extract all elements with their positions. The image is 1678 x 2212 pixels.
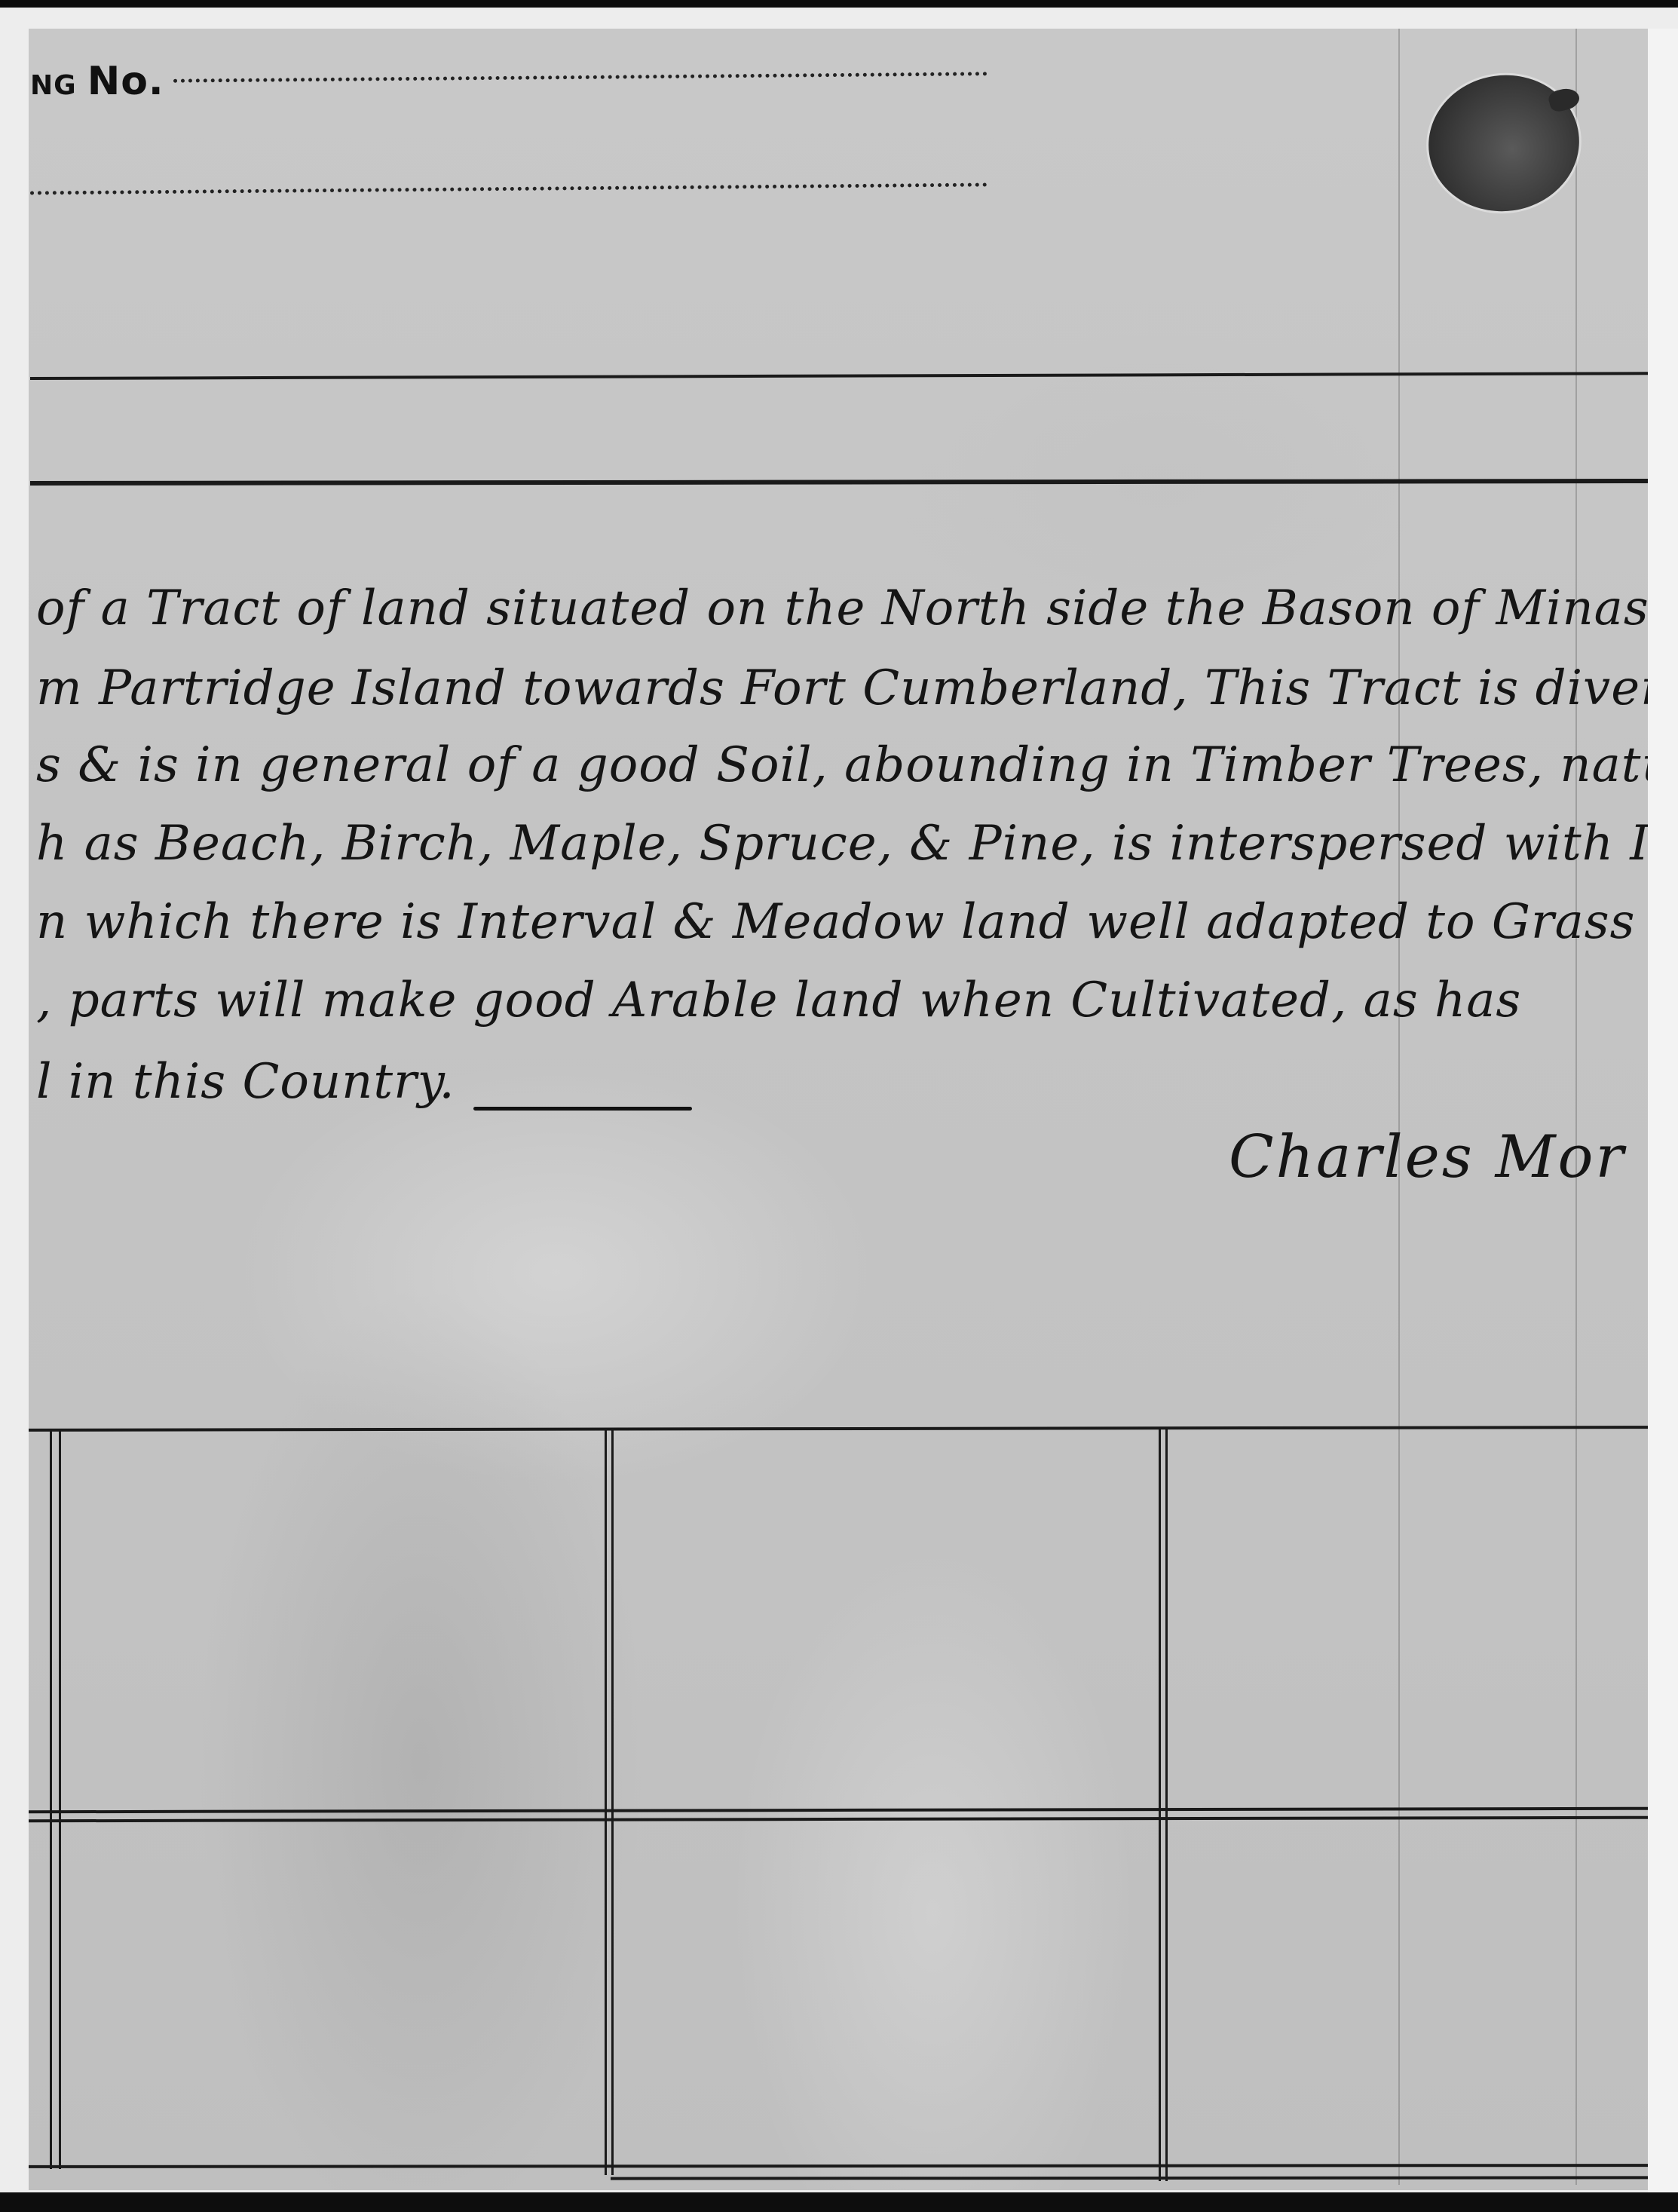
- grid-cell-r2c3[interactable]: [1168, 1821, 1648, 2164]
- body-line-4: h as Beach, Birch, Maple, Spruce, & Pine…: [36, 816, 1648, 872]
- grid-cell-r1c2[interactable]: [614, 1431, 1157, 1808]
- right-paper-margin: [1648, 29, 1678, 2192]
- body-line-7: l in this Country.: [36, 1054, 455, 1110]
- body-line-3: s & is in general of a good Soil, abound…: [36, 737, 1648, 793]
- grid-cell-r2c2[interactable]: [614, 1821, 1157, 2164]
- grid-column-line: [611, 1429, 614, 2175]
- grid-column-line: [605, 1429, 607, 2175]
- body-line-2: m Partridge Island towards Fort Cumberla…: [36, 660, 1648, 716]
- grid-cell-r1c1[interactable]: [62, 1431, 603, 1808]
- signature: Charles Mor: [1229, 1123, 1626, 1191]
- body-line-1: of a Tract of land situated on the North…: [36, 581, 1648, 636]
- grid-column-line: [59, 1430, 61, 2169]
- grid-cell-r2c1[interactable]: [62, 1821, 603, 2164]
- end-dash: [473, 1107, 692, 1111]
- grid-column-line: [1159, 1427, 1161, 2181]
- body-line-6: , parts will make good Arable land when …: [36, 973, 1521, 1028]
- grid-column-line: [1165, 1427, 1168, 2181]
- scan-bottom-edge: [0, 2192, 1678, 2212]
- grid-cell-r1c3[interactable]: [1168, 1431, 1648, 1808]
- body-line-5: n which there is Interval & Meadow land …: [36, 894, 1635, 950]
- grid-column-line: [50, 1430, 52, 2169]
